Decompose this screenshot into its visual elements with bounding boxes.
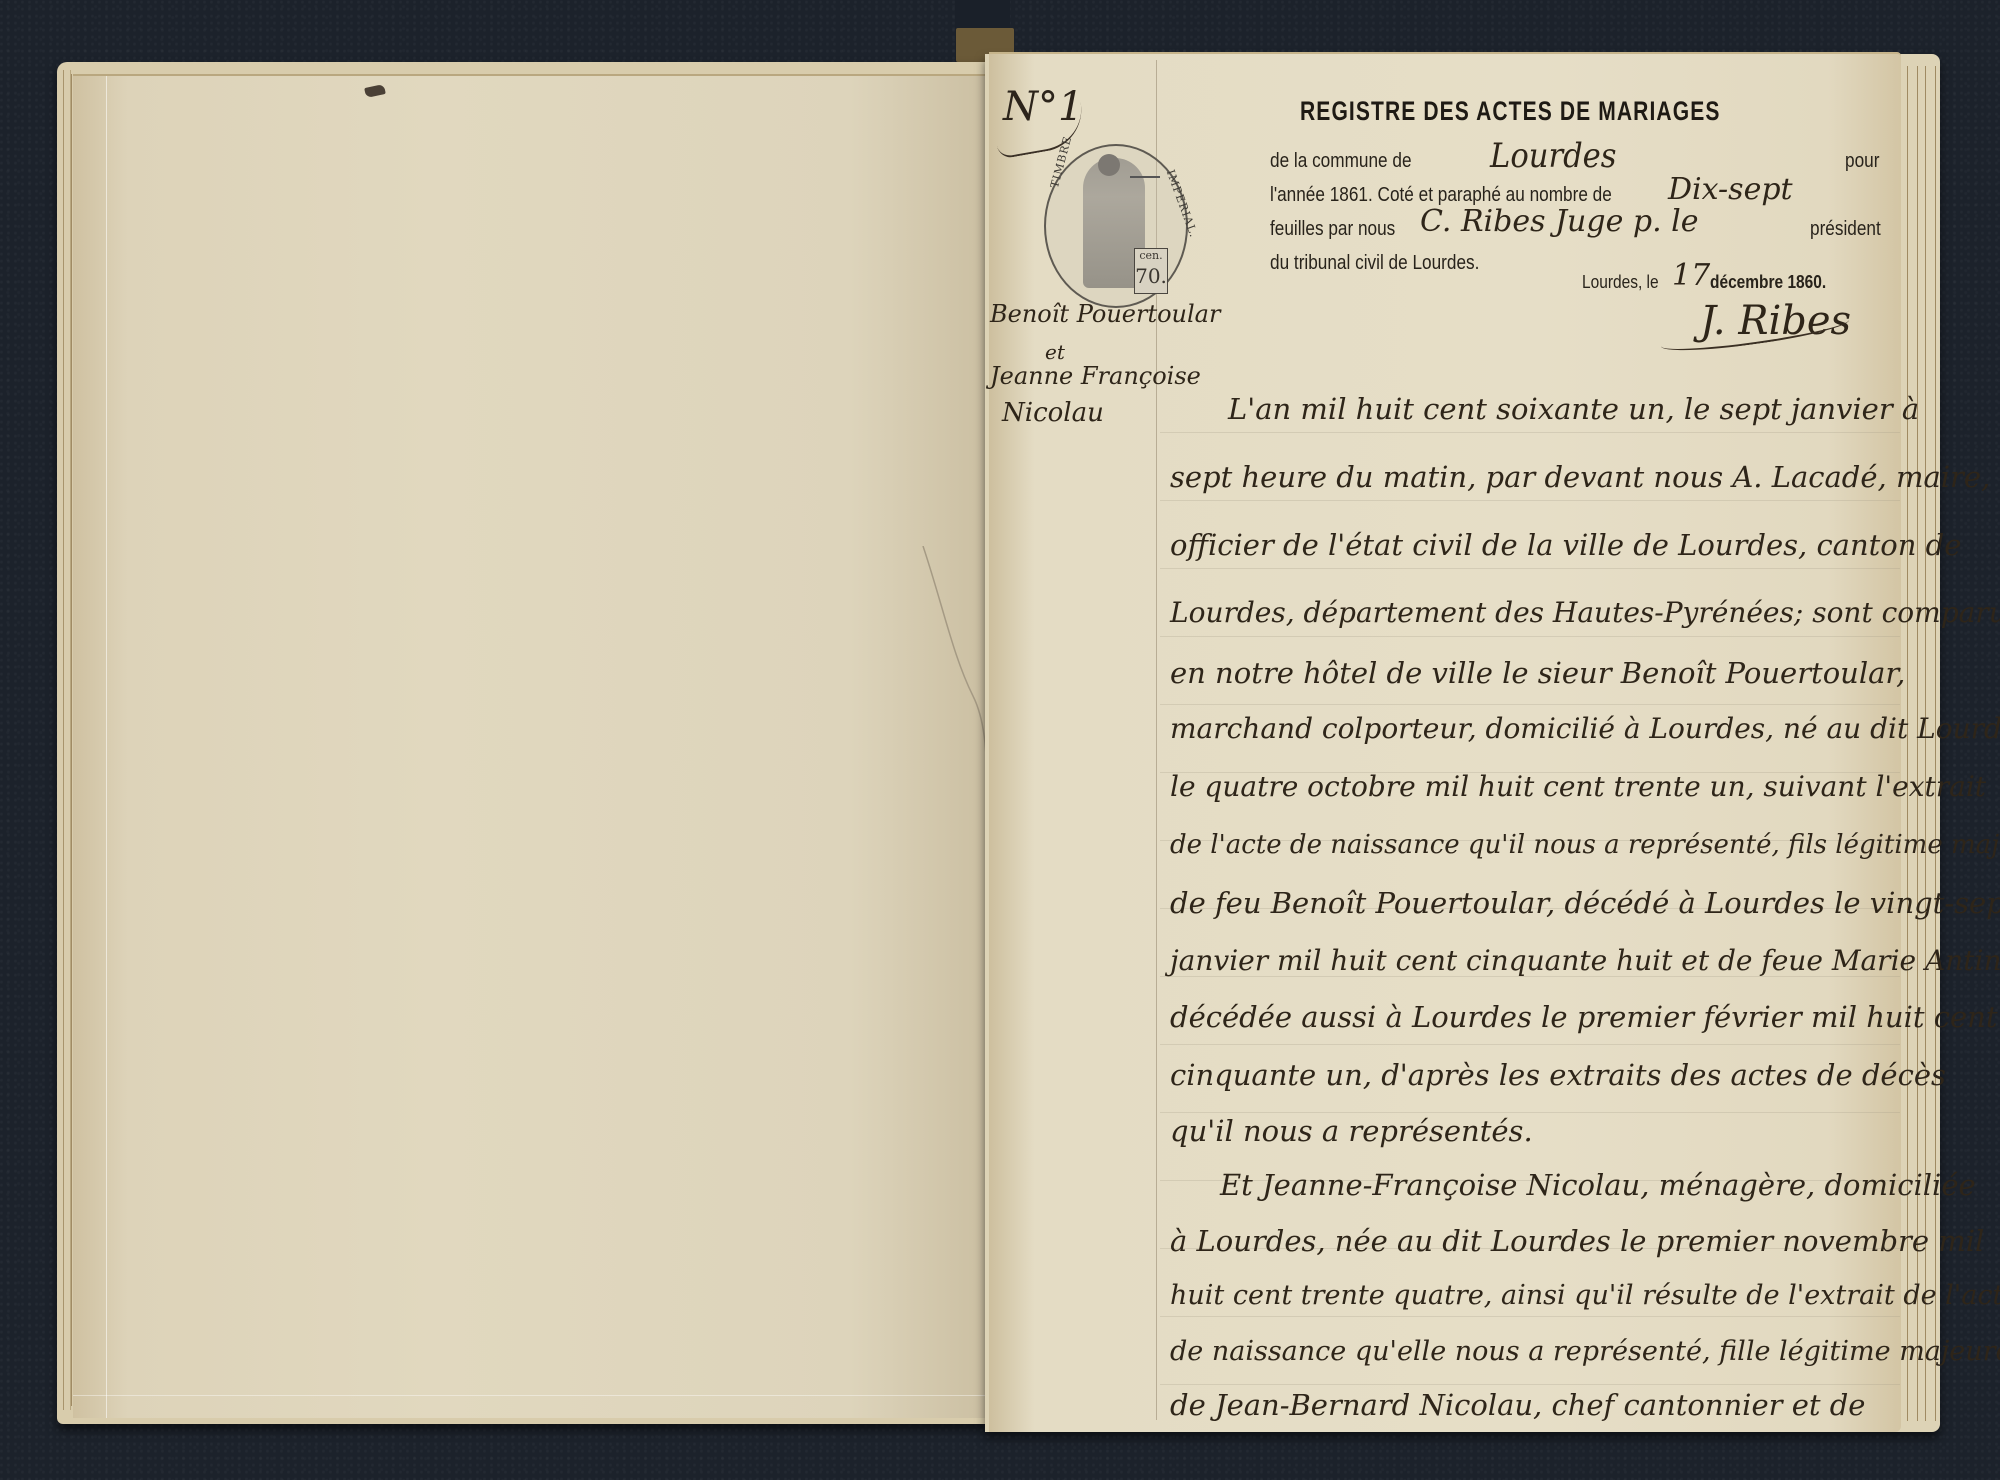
stamp-unit: cen. (1135, 249, 1167, 263)
body-line: de l'acte de naissance qu'il nous a repr… (1170, 830, 2000, 860)
line-rule (1160, 704, 1900, 705)
register-title: REGISTRE DES ACTES DE MARIAGES (1300, 96, 1720, 127)
imperial-tax-stamp: TIMBRE IMPERIAL. cen. 70. (1044, 144, 1188, 308)
margin-bride-surname: Nicolau (1002, 398, 1104, 428)
header-pour-label: pour (1845, 150, 1879, 173)
margin-conjunction: et (1045, 340, 1065, 364)
body-line: en notre hôtel de ville le sieur Benoît … (1170, 656, 1905, 690)
header-signed-by-label: feuilles par nous (1270, 218, 1395, 241)
header-commune-handwritten: Lourdes (1490, 136, 1616, 176)
header-date-prefix: Lourdes, le (1582, 272, 1659, 293)
page-edge (63, 70, 71, 1410)
body-line: de feu Benoît Pouertoular, décédé à Lour… (1170, 886, 2000, 920)
body-line: officier de l'état civil de la ville de … (1170, 528, 1961, 562)
body-line: L'an mil huit cent soixante un, le sept … (1228, 392, 1919, 426)
body-line: de Jean-Bernard Nicolau, chef cantonnier… (1170, 1388, 1865, 1422)
body-line: marchand colporteur, domicilié à Lourdes… (1170, 712, 2000, 745)
margin-bride-first-names: Jeanne Françoise (990, 362, 1201, 390)
justice-head-icon (1098, 154, 1120, 176)
margin-groom-name: Benoît Pouertoular (990, 300, 1220, 328)
header-date-suffix: décembre 1860. (1710, 272, 1826, 293)
line-rule (1160, 1384, 1900, 1385)
header-president-label: président (1810, 218, 1881, 241)
body-line: qu'il nous a représentés. (1170, 1114, 1533, 1148)
body-line: Lourdes, département des Hautes-Pyrénées… (1170, 596, 2000, 629)
stamp-denomination: cen. 70. (1134, 248, 1168, 294)
margin-ruling (106, 76, 107, 1418)
header-judge-handwritten: C. Ribes Juge p. le (1420, 204, 1699, 239)
line-rule (1160, 568, 1900, 569)
stamp-value: 70. (1135, 263, 1167, 289)
left-page-blank (73, 74, 987, 1418)
header-tribunal-label: du tribunal civil de Lourdes. (1270, 252, 1479, 275)
header-sheet-count-handwritten: Dix-sept (1668, 172, 1793, 207)
line-rule (1160, 1316, 1900, 1317)
body-line: sept heure du matin, par devant nous A. … (1170, 460, 1990, 494)
body-line: de naissance qu'elle nous a représenté, … (1170, 1336, 2000, 1367)
body-line: le quatre octobre mil huit cent trente u… (1170, 770, 1986, 803)
body-line: janvier mil huit cent cinquante huit et … (1170, 944, 2000, 977)
line-rule (1160, 500, 1900, 501)
paper-tear-mark (364, 84, 386, 98)
register-spread: N°1 REGISTRE DES ACTES DE MARIAGES de la… (0, 0, 2000, 1480)
header-date-day-handwritten: 17 (1672, 258, 1710, 293)
body-line: à Lourdes, née au dit Lourdes le premier… (1170, 1224, 1984, 1258)
body-line: Et Jeanne-Françoise Nicolau, ménagère, d… (1220, 1168, 1976, 1202)
line-rule (1160, 1044, 1900, 1045)
page-crease (73, 1395, 987, 1396)
line-rule (1160, 1112, 1900, 1113)
header-commune-label: de la commune de (1270, 150, 1412, 173)
line-rule (1160, 636, 1900, 637)
line-rule (1160, 432, 1900, 433)
body-line: cinquante un, d'après les extraits des a… (1170, 1058, 1946, 1092)
scales-icon (1130, 176, 1160, 178)
body-line: huit cent trente quatre, ainsi qu'il rés… (1170, 1280, 2000, 1311)
body-line: décédée aussi à Lourdes le premier févri… (1170, 1000, 1997, 1034)
